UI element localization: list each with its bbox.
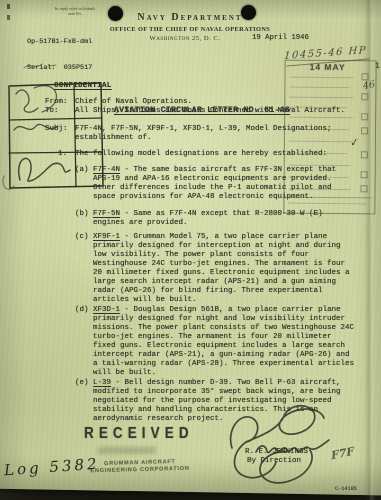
model-item-c: (c) XF9F-1 - Grumman Model 75, a two pla… (75, 233, 355, 305)
stamp-date: 14 MAY (310, 62, 346, 72)
log-number: Log 5382 (3, 455, 100, 480)
item-tag: (b) (75, 210, 93, 218)
print-code: C-14185 (335, 485, 357, 494)
model-item-d: (d) XF3D-1 - Douglas Design 561B, a two … (75, 306, 355, 378)
item-body: - Grumman Model 75, a two place carrier … (93, 233, 350, 304)
item-tag: (d) (75, 306, 93, 314)
letter-date: 19 April 1946 (252, 34, 309, 43)
received-stamp: RECEIVED (84, 424, 194, 442)
item-designator: F7F-5N (93, 210, 120, 218)
stamp-date-side-digit: 1 (375, 62, 380, 71)
reply-note-line2: and No. (40, 11, 110, 16)
signature (222, 396, 346, 500)
reply-note: In reply refer to Initials and No. (40, 6, 110, 16)
item-designator: XF3D-1 (93, 306, 120, 314)
handwritten-checkmark: ✓ (349, 135, 360, 149)
item-tag: (c) (75, 233, 93, 241)
office-name: OFFICE OF THE CHIEF OF NAVAL OPERATIONS (88, 26, 292, 33)
edge-mark (7, 15, 10, 20)
handdrawn-routing-grid (0, 56, 112, 192)
item-designator: L-39 (93, 379, 111, 387)
item-tag: (e) (75, 379, 93, 387)
edge-mark (7, 4, 10, 9)
faint-date-stamp-smudge (98, 447, 156, 454)
handwritten-year: 46 (362, 79, 376, 92)
letter-content: In reply refer to Initials and No. Op-51… (0, 0, 381, 500)
item-body: - Douglas Design 561B, a two place carri… (93, 306, 354, 377)
reference-code: Op-517B1-FxB-dml (27, 38, 92, 47)
item-designator: XF9F-1 (93, 233, 120, 241)
department-name: Navy Department (110, 12, 270, 23)
scanned-letter-photo: In reply refer to Initials and No. Op-51… (0, 0, 381, 500)
city-line: Washington 25, D. C. (118, 35, 252, 42)
